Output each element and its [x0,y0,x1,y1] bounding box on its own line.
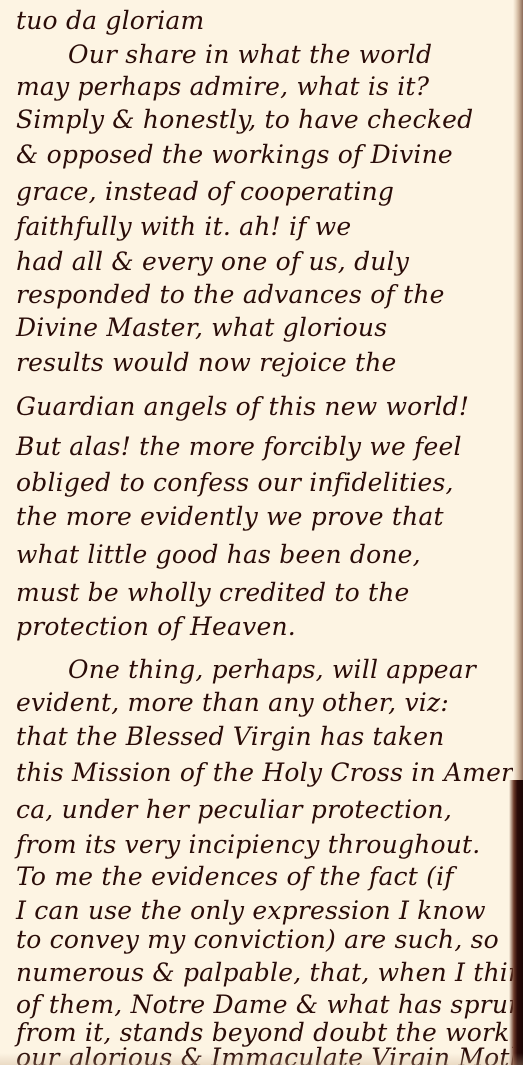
page-binding-shadow [509,780,523,1065]
manuscript-line: that the Blessed Virgin has taken [16,722,445,752]
manuscript-line: of them, Notre Dame & what has sprung [16,990,523,1020]
manuscript-line: to convey my conviction) are such, so [16,925,499,955]
scan-noise [0,1053,523,1065]
manuscript-line: faithfully with it. ah! if we [16,212,351,242]
manuscript-line: Simply & honestly, to have checked [16,105,473,135]
manuscript-line: I can use the only expression I know [16,896,486,926]
manuscript-line: what little good has been done, [16,540,421,570]
manuscript-line: Guardian angels of this new world! [16,392,469,422]
manuscript-line: evident, more than any other, viz: [16,688,449,718]
manuscript-line: responded to the advances of the [16,280,445,310]
manuscript-line: grace, instead of cooperating [16,177,394,207]
manuscript-line: must be wholly credited to the [16,578,410,608]
manuscript-line: Our share in what the world [68,40,432,70]
manuscript-line: had all & every one of us, duly [16,247,409,277]
manuscript-line: But alas! the more forcibly we feel [16,432,462,462]
manuscript-line: results would now rejoice the [16,348,397,378]
manuscript-line: & opposed the workings of Divine [16,140,453,170]
manuscript-line: this Mission of the Holy Cross in Ameri- [16,758,523,788]
manuscript-page: tuo da gloriam Our share in what the wor… [0,0,523,1065]
manuscript-line: the more evidently we prove that [16,502,444,532]
manuscript-line: protection of Heaven. [16,612,296,642]
manuscript-line: To me the evidences of the fact (if [16,862,454,892]
manuscript-line: from its very incipiency throughout. [16,830,480,860]
manuscript-line: tuo da gloriam [16,6,204,36]
manuscript-line: may perhaps admire, what is it? [16,72,429,102]
manuscript-line: numerous & palpable, that, when I think [16,958,523,988]
manuscript-line: ca, under her peculiar protection, [16,795,452,825]
manuscript-line: Divine Master, what glorious [16,313,387,343]
manuscript-line: obliged to confess our infidelities, [16,468,454,498]
manuscript-line: One thing, perhaps, will appear [68,655,476,685]
